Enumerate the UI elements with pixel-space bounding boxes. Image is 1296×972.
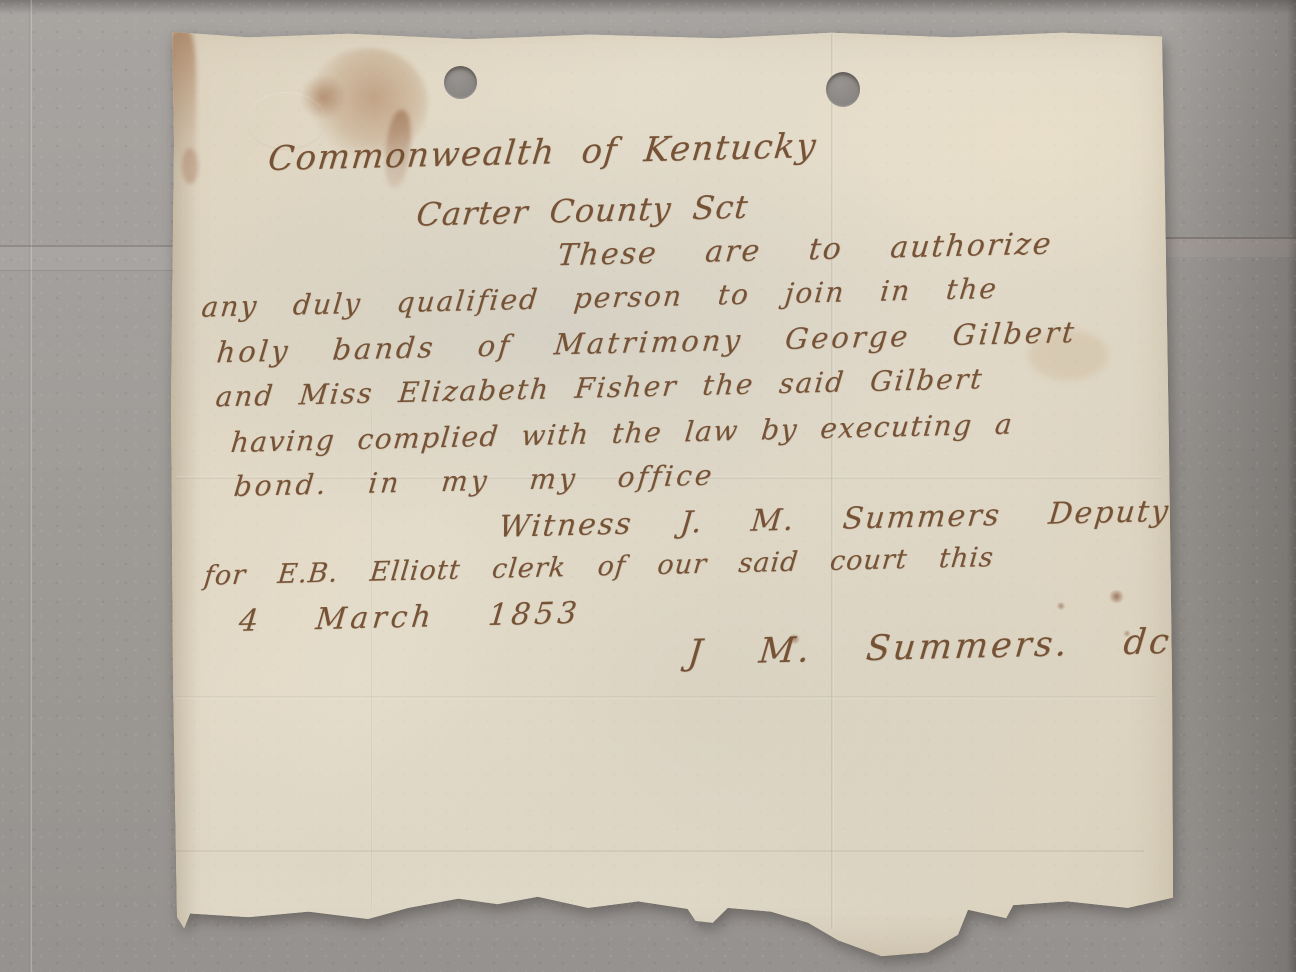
- handwritten-line-date: 4 March 1853: [237, 596, 582, 639]
- fold-crease-vertical-main: [831, 34, 834, 929]
- paper-grain-texture: [168, 30, 1173, 958]
- fold-crease-horizontal-2: [176, 696, 1156, 699]
- punch-hole-left: [444, 66, 477, 99]
- handwritten-line-bride: and Miss Elizabeth Fisher the said Gilbe…: [214, 362, 985, 413]
- handwritten-line-complied-law: having complied with the law by executin…: [229, 408, 1015, 460]
- handwriting-layer: Commonwealth of Kentucky Carter County S…: [165, 8, 1192, 959]
- handwritten-line-commonwealth: Commonwealth of Kentucky: [266, 126, 819, 179]
- stain-speck-4: [1123, 630, 1131, 637]
- fold-crease-horizontal-3: [174, 850, 1144, 852]
- handwritten-line-qualified-person: any duly qualified person to join in the: [200, 272, 1000, 324]
- foxing-patch: [1028, 330, 1108, 380]
- handwritten-line-authorize: These are to authorize: [556, 227, 1054, 274]
- stain-speck-3: [788, 634, 801, 644]
- fold-crease-horizontal-1: [176, 476, 1161, 479]
- paper-shadow-wrap: Commonwealth of Kentucky Carter County S…: [0, 0, 1296, 972]
- ink-stain-drip: [382, 109, 414, 189]
- stain-left-edge: [168, 30, 196, 170]
- punch-hole-right: [826, 72, 860, 107]
- handwritten-line-county: Carter County Sct: [415, 188, 751, 234]
- ink-stain-top: [308, 48, 428, 158]
- handwritten-line-witness: Witness J. M. Summers Deputy: [497, 494, 1171, 545]
- handwritten-line-matrimony-groom: holy bands of Matrimony George Gilbert: [215, 315, 1078, 369]
- photo-background: Commonwealth of Kentucky Carter County S…: [0, 0, 1296, 972]
- handwritten-line-bond-office: bond. in my my office: [232, 459, 716, 503]
- handwritten-line-clerk-court: for E.B. Elliott clerk of our said court…: [202, 542, 995, 592]
- fold-crease-vertical-faint: [371, 410, 373, 910]
- stain-speck-2: [1056, 602, 1066, 610]
- ink-stain-top-blob: [300, 74, 346, 120]
- stain-speck-1: [1108, 590, 1125, 603]
- embossed-seal-impression: [246, 92, 326, 150]
- document-paper: Commonwealth of Kentucky Carter County S…: [168, 30, 1173, 958]
- stain-left-edge-small: [182, 148, 198, 184]
- signature: J M. Summers. dc: [686, 622, 1174, 674]
